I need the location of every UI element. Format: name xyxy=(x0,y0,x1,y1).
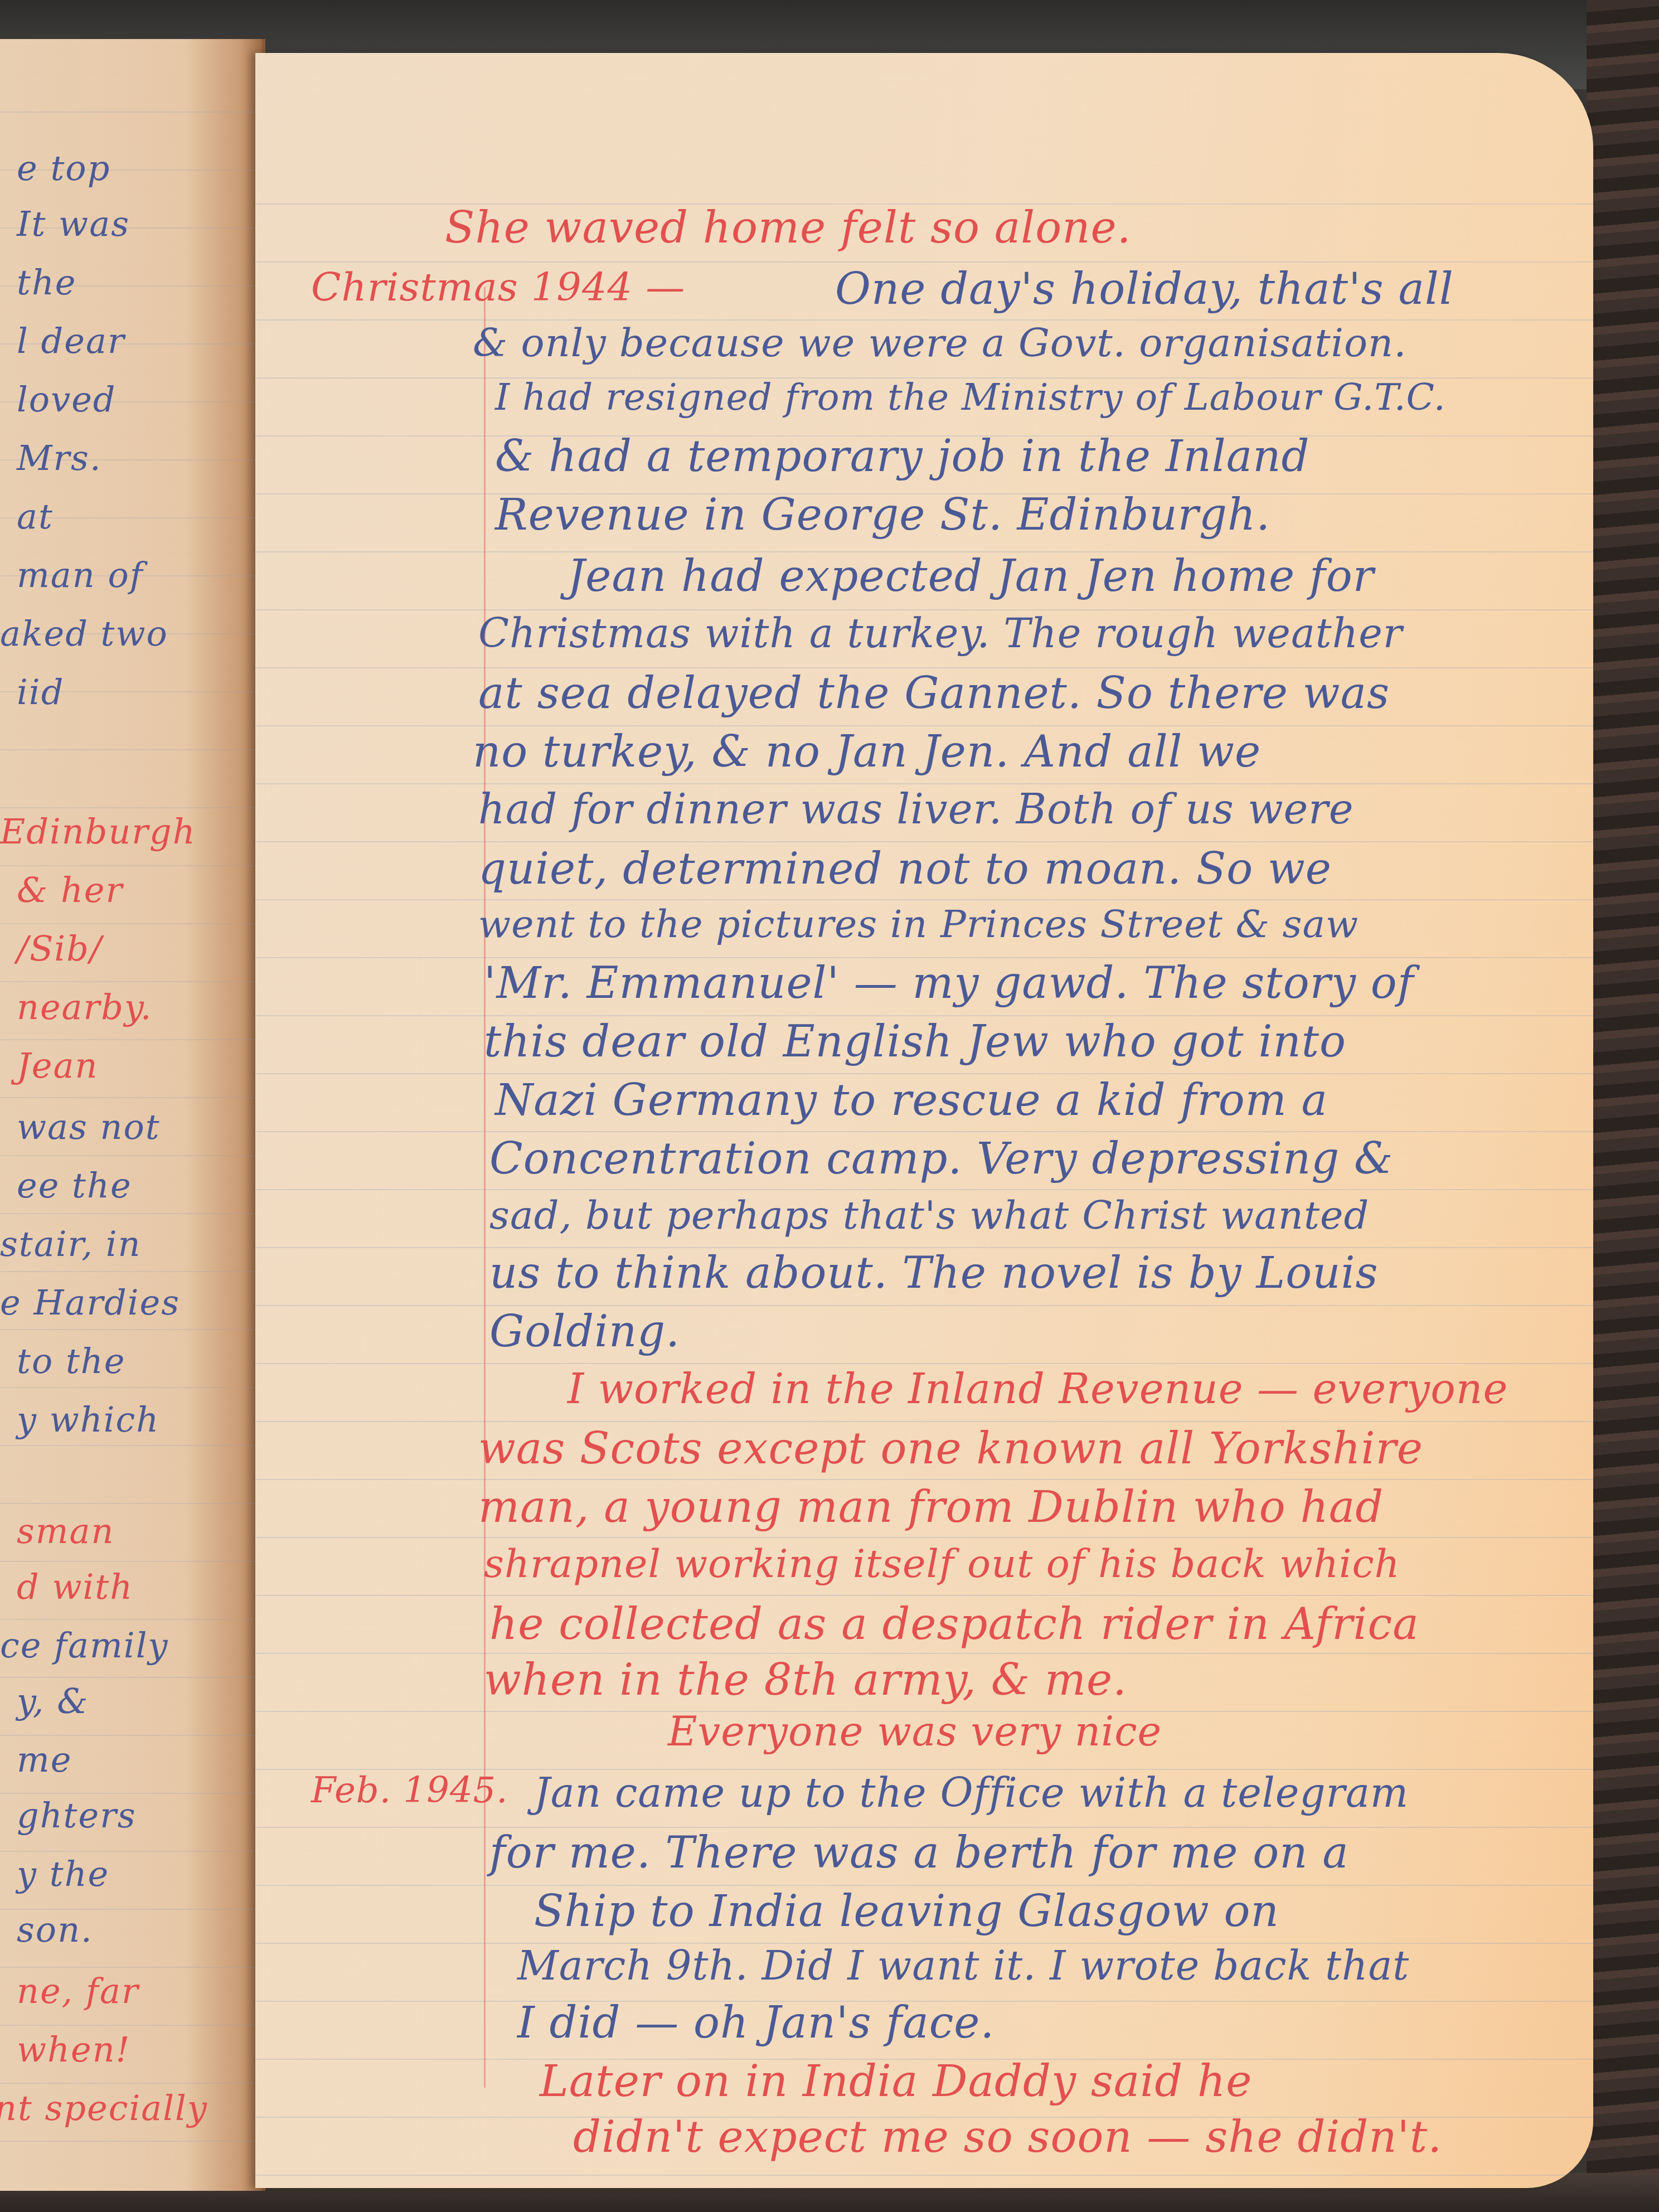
left-page-fragment: aked two xyxy=(0,613,168,654)
entry-line: he collected as a despatch rider in Afri… xyxy=(489,1603,1419,1646)
entry-line: I had resigned from the Ministry of Labo… xyxy=(495,379,1446,416)
ruled-line xyxy=(255,1653,1593,1654)
ruled-line xyxy=(0,1387,262,1388)
entry-line: Jan came up to the Office with a telegra… xyxy=(534,1773,1409,1813)
left-notebook-page: e topIt wasthel dearlovedMrs.atman ofake… xyxy=(0,39,265,2191)
entry-line: & had a temporary job in the Inland xyxy=(495,435,1309,478)
left-page-fragment: l dear xyxy=(17,321,125,361)
ruled-line xyxy=(255,1885,1593,1886)
left-page-fragment: ghters xyxy=(17,1795,137,1836)
left-page-fragment: y the xyxy=(17,1854,109,1894)
entry-line: I did — oh Jan's face. xyxy=(517,2001,995,2045)
ruled-line xyxy=(0,1155,262,1156)
ruled-line xyxy=(255,1131,1593,1132)
left-page-fragment: nearby. xyxy=(17,987,152,1027)
ruled-line xyxy=(0,807,262,808)
ruled-line xyxy=(0,2025,262,2026)
ruled-line xyxy=(0,981,262,982)
entry-line: had for dinner was liver. Both of us wer… xyxy=(478,789,1354,830)
left-page-fragment: son. xyxy=(17,1909,93,1950)
ruled-line xyxy=(255,1595,1593,1596)
entry-date-christmas-1944: Christmas 1944 — xyxy=(311,268,685,307)
left-page-fragment: ce family xyxy=(0,1625,169,1666)
ruled-line xyxy=(255,1537,1593,1538)
left-page-fragment: when! xyxy=(17,2029,131,2070)
ruled-line xyxy=(0,1039,262,1040)
ruled-line xyxy=(0,1097,262,1098)
left-page-fragment: sman xyxy=(17,1511,115,1551)
entry-line: no turkey, & no Jan Jen. And all we xyxy=(473,730,1261,774)
entry-line: shrapnel working itself out of his back … xyxy=(484,1544,1400,1583)
ruled-line xyxy=(255,1479,1593,1480)
left-page-fragment: Jean xyxy=(17,1045,98,1086)
left-page-fragment: me xyxy=(17,1739,72,1780)
right-notebook-page: She waved home felt so alone. Christmas … xyxy=(255,53,1593,2188)
ruled-line xyxy=(255,783,1593,784)
ruled-line xyxy=(255,2175,1593,2176)
entry-line: Jean had expected Jan Jen home for xyxy=(567,555,1374,598)
entry-line: was Scots except one known all Yorkshire xyxy=(478,1427,1423,1471)
ruled-line xyxy=(0,1213,262,1214)
left-page-fragment: to the xyxy=(17,1341,126,1381)
ruled-line xyxy=(0,2141,262,2142)
entry-date-feb-1945: Feb. 1945. xyxy=(311,1773,508,1808)
ruled-line xyxy=(0,923,262,924)
ruled-line xyxy=(0,1329,262,1330)
left-page-fragment: e top xyxy=(17,148,110,188)
entry-line: sad, but perhaps that's what Christ want… xyxy=(489,1196,1369,1235)
entry-line: at sea delayed the Gannet. So there was xyxy=(478,672,1390,715)
ruled-line xyxy=(0,1851,262,1852)
entry-line: Concentration camp. Very depressing & xyxy=(489,1137,1393,1181)
entry-line: when in the 8th army, & me. xyxy=(484,1658,1127,1702)
ruled-line xyxy=(0,111,262,113)
left-page-fragment: at xyxy=(17,496,54,537)
left-page-fragment: d with xyxy=(17,1566,133,1607)
entry-line: Christmas with a turkey. The rough weath… xyxy=(478,613,1403,653)
entry-line: this dear old English Jew who got into xyxy=(484,1020,1346,1064)
ruled-line xyxy=(0,1735,262,1736)
entry-line: & only because we were a Govt. organisat… xyxy=(473,323,1406,362)
entry-line: quiet, determined not to moan. So we xyxy=(478,847,1332,891)
left-page-fragment: e Hardies xyxy=(0,1282,180,1323)
ruled-line xyxy=(255,725,1593,726)
ruled-line xyxy=(255,1363,1593,1364)
ruled-line xyxy=(255,1015,1593,1016)
ruled-line xyxy=(0,2083,262,2084)
left-page-fragment: & her xyxy=(17,870,123,910)
entry-line: Everyone was very nice xyxy=(668,1711,1162,1752)
entry-line: for me. There was a berth for me on a xyxy=(489,1831,1349,1875)
entry-line: went to the pictures in Princes Street &… xyxy=(478,906,1359,944)
entry-line: Ship to India leaving Glasgow on xyxy=(534,1890,1279,1933)
left-page-fragment: It was xyxy=(17,203,130,244)
left-page-fragment: man of xyxy=(17,555,144,595)
page-heading: She waved home felt so alone. xyxy=(445,206,1131,250)
ruled-line xyxy=(0,1445,262,1446)
ruled-line xyxy=(255,899,1593,900)
left-page-fragment: Mrs. xyxy=(17,438,102,478)
desk-background-right xyxy=(1587,0,1659,2212)
ruled-line xyxy=(0,1967,262,1968)
left-page-fragment: Edinburgh xyxy=(0,811,196,852)
entry-line: 'Mr. Emmanuel' — my gawd. The story of xyxy=(484,962,1414,1005)
entry-line: Later on in India Daddy said he xyxy=(540,2060,1252,2103)
left-page-fragment: stair, in xyxy=(0,1224,142,1264)
entry-line: man, a young man from Dublin who had xyxy=(478,1486,1384,1529)
entry-line: Nazi Germany to rescue a kid from a xyxy=(495,1079,1328,1122)
ruled-line xyxy=(255,261,1593,263)
ruled-line xyxy=(255,841,1593,842)
left-page-fragment: iid xyxy=(17,672,64,712)
ruled-line xyxy=(0,1503,262,1504)
ruled-line xyxy=(0,1793,262,1794)
ruled-line xyxy=(255,1421,1593,1422)
entry-line: Golding. xyxy=(489,1310,680,1354)
ruled-line xyxy=(0,1677,262,1678)
entry-line: One day's holiday, that's all xyxy=(835,268,1454,311)
entry-line: March 9th. Did I want it. I wrote back t… xyxy=(517,1946,1409,1986)
left-page-fragment: /Sib/ xyxy=(17,928,103,969)
left-page-fragment: ee the xyxy=(17,1165,132,1206)
entry-line: I worked in the Inland Revenue — everyon… xyxy=(567,1369,1508,1410)
left-page-fragment: y which xyxy=(17,1399,159,1440)
left-page-fragment: loved xyxy=(17,379,117,420)
entry-line: us to think about. The novel is by Louis xyxy=(489,1251,1378,1295)
ruled-line xyxy=(0,1271,262,1272)
ruled-line xyxy=(0,1619,262,1620)
red-margin-line xyxy=(484,287,486,2088)
left-page-fragment: y, & xyxy=(17,1681,89,1721)
entry-line: Revenue in George St. Edinburgh. xyxy=(495,493,1270,537)
entry-line: didn't expect me so soon — she didn't. xyxy=(573,2116,1442,2159)
ruled-line xyxy=(255,1189,1593,1190)
ruled-line xyxy=(0,749,262,750)
left-page-fragment: nt specially xyxy=(0,2088,208,2128)
left-page-fragment: ne, far xyxy=(17,1971,139,2011)
left-page-fragment: was not xyxy=(17,1107,161,1147)
left-page-fragment: the xyxy=(17,262,77,303)
ruled-line xyxy=(0,1561,262,1562)
ruled-line xyxy=(255,1305,1593,1306)
ruled-line xyxy=(255,1073,1593,1074)
ruled-line xyxy=(0,865,262,866)
